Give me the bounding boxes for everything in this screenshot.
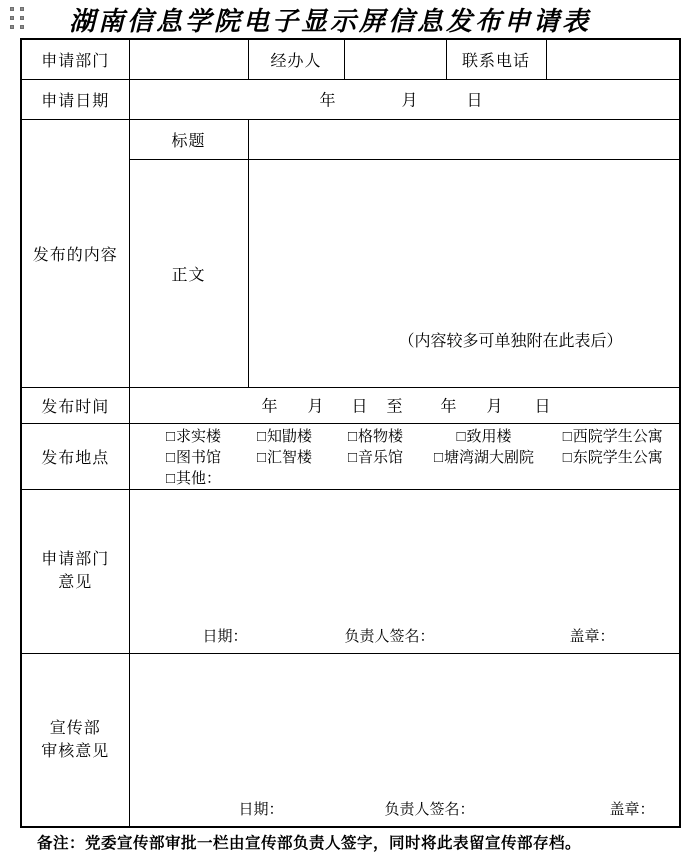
content-body-note: （内容较多可单独附在此表后）	[399, 328, 623, 351]
checkbox-icon: □	[257, 447, 266, 468]
day-token: 日	[467, 88, 483, 111]
location-option-label: 求实楼	[176, 428, 221, 445]
location-option-label: 汇智楼	[267, 449, 312, 466]
location-option-label: 音乐馆	[358, 449, 403, 466]
location-option-label: 塘湾湖大剧院	[444, 449, 534, 466]
apply-date-field[interactable]: 年 月 日	[129, 79, 680, 119]
dept-opinion-label: 申请部门 意见	[21, 489, 129, 653]
dept-opinion-label-line1: 申请部门	[22, 548, 129, 571]
publicity-opinion-date-label: 日期：	[239, 798, 284, 819]
publish-location-label: 发布地点	[21, 423, 129, 489]
footer-note: 备注：党委宣传部审批一栏由宣传部负责人签字，同时将此表留宣传部存档。	[37, 831, 581, 853]
location-options-line2: □图书馆 □汇智楼 □音乐馆 □塘湾湖大剧院 □东院学生公寓	[130, 447, 680, 468]
location-option-west-dorm[interactable]: □西院学生公寓	[547, 426, 680, 447]
content-title-label: 标题	[129, 119, 248, 159]
year-token: 年	[320, 88, 336, 111]
location-option-gewulou[interactable]: □格物楼	[330, 426, 422, 447]
page-title: 湖南信息学院电子显示屏信息发布申请表	[20, 1, 640, 38]
publicity-opinion-signer-label: 负责人签名：	[385, 798, 475, 819]
applicant-dept-field[interactable]	[129, 39, 248, 79]
checkbox-icon: □	[166, 426, 175, 447]
publish-location-field: □求实楼 □知勖楼 □格物楼 □致用楼 □西院学生公寓 □图书馆 □汇智楼 □音…	[129, 423, 680, 489]
publish-time-label: 发布时间	[21, 387, 129, 423]
apply-date-row: 申请日期 年 月 日	[21, 79, 680, 119]
phone-label: 联系电话	[446, 39, 546, 79]
location-option-library[interactable]: □图书馆	[148, 447, 240, 468]
content-label: 发布的内容	[21, 119, 129, 387]
dept-opinion-seal-label: 盖章：	[570, 625, 615, 646]
start-year-token: 年	[262, 394, 278, 417]
location-option-east-dorm[interactable]: □东院学生公寓	[547, 447, 680, 468]
location-option-label: 东院学生公寓	[573, 449, 663, 466]
location-options-line3: □其他：	[130, 468, 680, 489]
publicity-opinion-field[interactable]: 日期： 负责人签名： 盖章：	[129, 653, 680, 827]
location-option-label: 格物楼	[358, 428, 403, 445]
checkbox-icon: □	[456, 426, 465, 447]
month-token: 月	[402, 88, 418, 111]
document-page: 湖南信息学院电子显示屏信息发布申请表 申请部门 经办人 联系电话 申请日期 年 …	[0, 0, 693, 858]
end-day-token: 日	[535, 394, 551, 417]
location-option-huizhilou[interactable]: □汇智楼	[240, 447, 330, 468]
content-body-field[interactable]: （内容较多可单独附在此表后）	[248, 159, 680, 387]
content-title-row: 发布的内容 标题	[21, 119, 680, 159]
checkbox-icon: □	[563, 426, 572, 447]
dept-opinion-row: 申请部门 意见 日期： 负责人签名： 盖章：	[21, 489, 680, 653]
application-form-table: 申请部门 经办人 联系电话 申请日期 年 月 日 发布的内容 标题 正文	[20, 38, 681, 828]
location-options-line1: □求实楼 □知勖楼 □格物楼 □致用楼 □西院学生公寓	[130, 424, 680, 447]
location-option-label: 知勖楼	[267, 428, 312, 445]
checkbox-icon: □	[166, 447, 175, 468]
location-option-other-label: 其他：	[176, 470, 221, 487]
publish-time-row: 发布时间 年 月 日 至 年 月 日	[21, 387, 680, 423]
end-year-token: 年	[441, 394, 457, 417]
applicant-dept-label: 申请部门	[21, 39, 129, 79]
publicity-opinion-label: 宣传部 审核意见	[21, 653, 129, 827]
dept-opinion-label-line2: 意见	[22, 571, 129, 594]
start-day-token: 日	[352, 394, 368, 417]
until-token: 至	[387, 394, 403, 417]
checkbox-icon: □	[257, 426, 266, 447]
checkbox-icon: □	[563, 447, 572, 468]
content-body-label: 正文	[129, 159, 248, 387]
publicity-opinion-label-line2: 审核意见	[22, 740, 129, 763]
apply-date-label: 申请日期	[21, 79, 129, 119]
publicity-opinion-row: 宣传部 审核意见 日期： 负责人签名： 盖章：	[21, 653, 680, 827]
publicity-opinion-seal-label: 盖章：	[610, 798, 655, 819]
checkbox-icon: □	[434, 447, 443, 468]
agent-label: 经办人	[248, 39, 344, 79]
dept-opinion-date-label: 日期：	[203, 625, 248, 646]
publish-location-row: 发布地点 □求实楼 □知勖楼 □格物楼 □致用楼 □西院学生公寓 □图书馆 □汇…	[21, 423, 680, 489]
location-option-label: 图书馆	[176, 449, 221, 466]
location-option-label: 西院学生公寓	[573, 428, 663, 445]
location-option-theater[interactable]: □塘湾湖大剧院	[422, 447, 547, 468]
checkbox-icon: □	[348, 447, 357, 468]
start-month-token: 月	[308, 394, 324, 417]
dept-opinion-field[interactable]: 日期： 负责人签名： 盖章：	[129, 489, 680, 653]
dept-opinion-signer-label: 负责人签名：	[345, 625, 435, 646]
applicant-row: 申请部门 经办人 联系电话	[21, 39, 680, 79]
content-title-field[interactable]	[248, 119, 680, 159]
location-option-label: 致用楼	[467, 428, 512, 445]
publicity-opinion-label-line1: 宣传部	[22, 717, 129, 740]
checkbox-icon: □	[348, 426, 357, 447]
location-option-zhixulou[interactable]: □知勖楼	[240, 426, 330, 447]
location-option-music-hall[interactable]: □音乐馆	[330, 447, 422, 468]
publish-time-field[interactable]: 年 月 日 至 年 月 日	[129, 387, 680, 423]
agent-field[interactable]	[344, 39, 446, 79]
end-month-token: 月	[487, 394, 503, 417]
phone-field[interactable]	[546, 39, 680, 79]
location-option-other[interactable]: □其他：	[148, 468, 240, 489]
checkbox-icon: □	[166, 468, 175, 489]
location-option-zhiyonglou[interactable]: □致用楼	[422, 426, 547, 447]
location-option-qiushilou[interactable]: □求实楼	[148, 426, 240, 447]
